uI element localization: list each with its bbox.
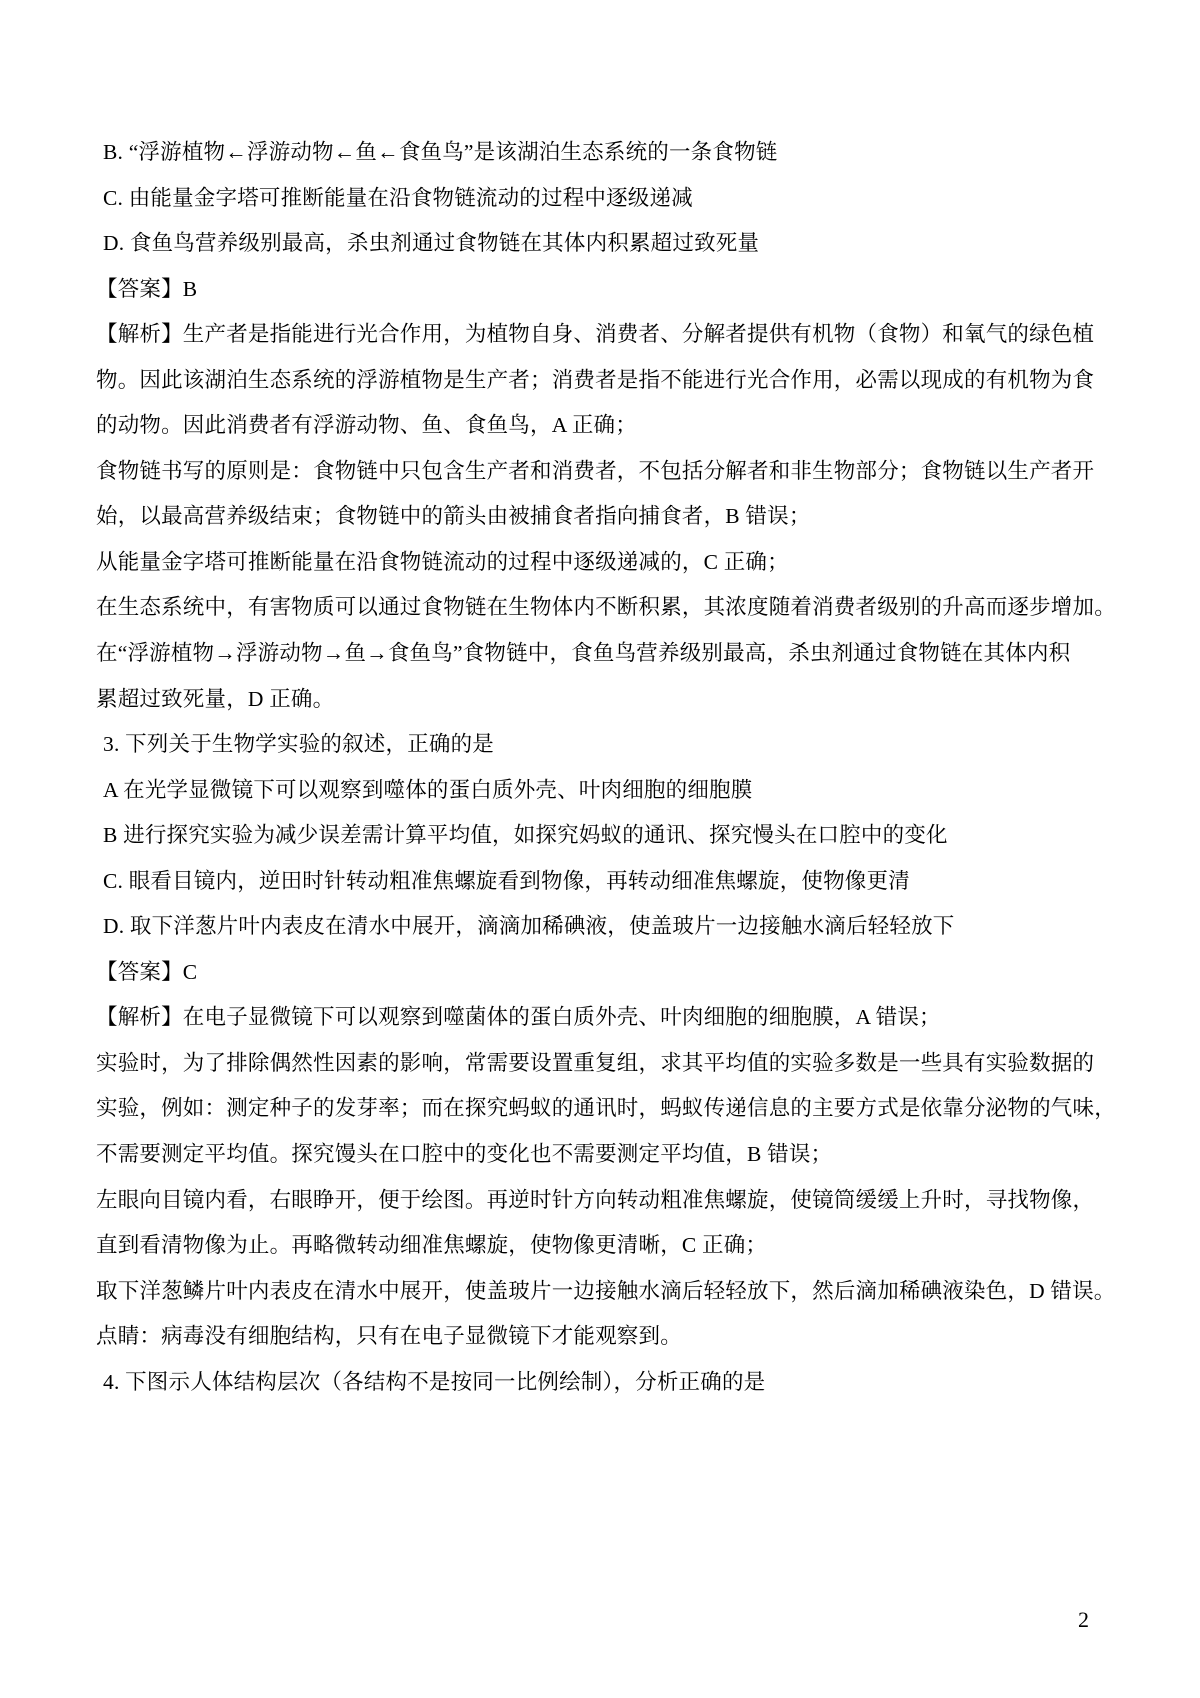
text-line-analysis: 物。因此该湖泊生态系统的浮游植物是生产者；消费者是指不能进行光合作用，必需以现成…	[96, 358, 1116, 404]
text-line-question: 3. 下列关于生物学实验的叙述，正确的是	[96, 722, 1116, 768]
document-body: B. “浮游植物←浮游动物←鱼←食鱼鸟”是该湖泊生态系统的一条食物链C. 由能量…	[96, 130, 1116, 1405]
text-line-analysis: 始，以最高营养级结束；食物链中的箭头由被捕食者指向捕食者，B 错误；	[96, 494, 1116, 540]
text-line-option: C. 眼看目镜内，逆田时针转动粗准焦螺旋看到物像，再转动细准焦螺旋，使物像更清	[96, 859, 1116, 905]
text-line-analysis: 实验，例如：测定种子的发芽率；而在探究蚂蚁的通讯时，蚂蚁传递信息的主要方式是依靠…	[96, 1086, 1116, 1132]
text-line-option: D. 取下洋葱片叶内表皮在清水中展开，滴滴加稀碘液，使盖玻片一边接触水滴后轻轻放…	[96, 904, 1116, 950]
text-line-analysis: 食物链书写的原则是：食物链中只包含生产者和消费者，不包括分解者和非生物部分；食物…	[96, 449, 1116, 495]
text-line-option: A 在光学显微镜下可以观察到噬体的蛋白质外壳、叶肉细胞的细胞膜	[96, 768, 1116, 814]
text-line-option: B. “浮游植物←浮游动物←鱼←食鱼鸟”是该湖泊生态系统的一条食物链	[96, 130, 1116, 176]
text-line-analysis: 取下洋葱鳞片叶内表皮在清水中展开，使盖玻片一边接触水滴后轻轻放下，然后滴加稀碘液…	[96, 1269, 1116, 1315]
text-line-analysis: 【解析】在电子显微镜下可以观察到噬菌体的蛋白质外壳、叶肉细胞的细胞膜，A 错误；	[96, 995, 1116, 1041]
text-line-analysis: 【解析】生产者是指能进行光合作用，为植物自身、消费者、分解者提供有机物（食物）和…	[96, 312, 1116, 358]
page-number: 2	[1078, 1606, 1089, 1634]
text-line-analysis: 累超过致死量，D 正确。	[96, 677, 1116, 723]
text-line-option: D. 食鱼鸟营养级别最高，杀虫剂通过食物链在其体内积累超过致死量	[96, 221, 1116, 267]
text-line-option: C. 由能量金字塔可推断能量在沿食物链流动的过程中逐级递减	[96, 176, 1116, 222]
text-line-analysis: 直到看清物像为止。再略微转动细准焦螺旋，使物像更清晰，C 正确；	[96, 1223, 1116, 1269]
text-line-analysis: 在“浮游植物→浮游动物→鱼→食鱼鸟”食物链中，食鱼鸟营养级别最高，杀虫剂通过食物…	[96, 631, 1116, 677]
text-line-option: B 进行探究实验为减少误差需计算平均值，如探究妈蚁的通讯、探究慢头在口腔中的变化	[96, 813, 1116, 859]
text-line-answer: 【答案】C	[96, 950, 1116, 996]
text-line-analysis: 不需要测定平均值。探究馒头在口腔中的变化也不需要测定平均值，B 错误；	[96, 1132, 1116, 1178]
text-line-analysis: 实验时，为了排除偶然性因素的影响，常需要设置重复组，求其平均值的实验多数是一些具…	[96, 1041, 1116, 1087]
text-line-answer: 【答案】B	[96, 267, 1116, 313]
text-line-analysis: 从能量金字塔可推断能量在沿食物链流动的过程中逐级递减的，C 正确；	[96, 540, 1116, 586]
text-lines-container: B. “浮游植物←浮游动物←鱼←食鱼鸟”是该湖泊生态系统的一条食物链C. 由能量…	[96, 130, 1116, 1405]
text-line-analysis: 的动物。因此消费者有浮游动物、鱼、食鱼鸟，A 正确；	[96, 403, 1116, 449]
text-line-question: 4. 下图示人体结构层次（各结构不是按同一比例绘制），分析正确的是	[96, 1360, 1116, 1406]
text-line-analysis: 在生态系统中，有害物质可以通过食物链在生物体内不断积累，其浓度随着消费者级别的升…	[96, 585, 1116, 631]
text-line-analysis: 点睛：病毒没有细胞结构，只有在电子显微镜下才能观察到。	[96, 1314, 1116, 1360]
text-line-analysis: 左眼向目镜内看，右眼睁开，便于绘图。再逆时针方向转动粗准焦螺旋，使镜筒缓缓上升时…	[96, 1178, 1116, 1224]
